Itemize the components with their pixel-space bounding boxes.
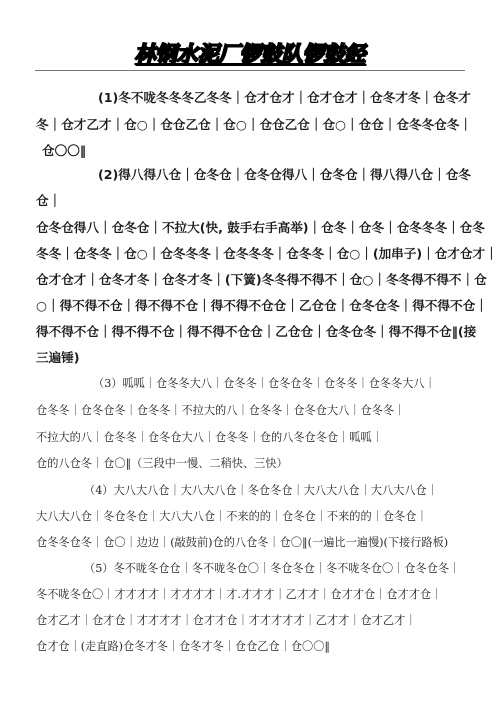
section-2-line-5: 仓才仓才｜仓冬才冬｜仓冬才冬｜(下簧)冬冬得不得不｜仓○｜冬冬得不得不｜仓 xyxy=(36,271,487,289)
section-2-line-7: 得不得不仓｜得不得不仓｜得不得不仓仓｜乙仓仓｜仓冬仓冬｜得不得不仓‖(接 xyxy=(36,323,476,341)
section-1-line-3: 仓〇〇‖ xyxy=(42,142,86,160)
section-5-line-4: 仓才仓｜(走直路)仓冬才冬｜仓冬才冬｜仓仓乙仓｜仓〇〇‖ xyxy=(36,638,330,656)
section-3-line-1: （3）呱呱｜仓冬冬大八｜仓冬冬｜仓冬仓冬｜仓冬冬｜仓冬冬大八｜ xyxy=(93,375,436,393)
document-title: 林钢水泥厂锣鼓队锣鼓经 xyxy=(0,38,500,68)
section-4-line-1: （4）大八大八仓｜大八大八仓｜冬仓冬仓｜大八大八仓｜大八大八仓｜ xyxy=(84,482,438,500)
section-2-line-8: 三遍锤) xyxy=(36,349,80,367)
section-2-line-4: 冬冬｜仓冬冬｜仓○｜仓冬冬冬｜仓冬冬冬｜仓冬冬｜仓○｜(加串子)｜仓才仓才｜ xyxy=(36,245,498,263)
section-5-line-2: 冬不咙冬仓〇｜才才才才｜才才才才｜才.才才才｜乙才才｜仓才才仓｜仓才才仓｜ xyxy=(36,586,442,604)
section-2-line-3: 仓冬仓得八｜仓冬仓｜不拉大(快, 鼓手右手高举)｜仓冬｜仓冬｜仓冬冬冬｜仓冬 xyxy=(36,219,485,237)
section-4-line-2: 大八大八仓｜冬仓冬仓｜大八大八仓｜不来的的｜仓冬仓｜不来的的｜仓冬仓｜ xyxy=(36,508,428,526)
section-2-line-1: (2)得八得八仓｜仓冬仓｜仓冬仓得八｜仓冬仓｜得八得八仓｜仓冬 xyxy=(98,166,471,184)
section-5-line-1: （5）冬不咙冬仓仓｜冬不咙冬仓〇｜冬仓冬仓｜冬不咙冬仓〇｜仓冬仓冬｜ xyxy=(84,560,460,578)
section-5-line-3: 仓才乙才｜仓才仓｜才才才才｜仓才才仓｜才才才才才｜乙才才｜仓才乙才｜ xyxy=(36,612,416,630)
section-1-line-1: (1)冬不咙冬冬冬乙冬冬｜仓才仓才｜仓才仓才｜仓冬才冬｜仓冬才 xyxy=(98,89,471,107)
section-1-line-2: 冬｜仓才乙才｜仓○｜仓仓乙仓｜仓○｜仓仓乙仓｜仓○｜仓仓｜仓冬冬仓冬｜ xyxy=(36,116,472,134)
title-divider xyxy=(35,70,465,71)
section-3-line-4: 仓的八仓冬｜仓〇‖（三段中一慢、二稍快、三快） xyxy=(36,455,288,473)
section-3-line-2: 仓冬冬｜仓冬仓冬｜仓冬冬｜不拉大的八｜仓冬冬｜仓冬仓大八｜仓冬冬｜ xyxy=(36,402,405,420)
section-4-line-3: 仓冬冬仓冬｜仓〇｜边边｜(敲鼓前)仓的八仓冬｜仓〇‖(一遍比一遍慢)(下接行路板… xyxy=(36,534,448,552)
section-2-line-2: 仓｜ xyxy=(36,192,61,210)
section-2-line-6: ○｜得不得不仓｜得不得不仓｜得不得不仓仓｜乙仓仓｜仓冬仓冬｜得不得不仓｜ xyxy=(36,297,488,315)
section-3-line-3: 不拉大的八｜仓冬冬｜仓冬仓大八｜仓冬冬｜仓的八冬仓冬仓｜呱呱｜ xyxy=(36,429,383,447)
